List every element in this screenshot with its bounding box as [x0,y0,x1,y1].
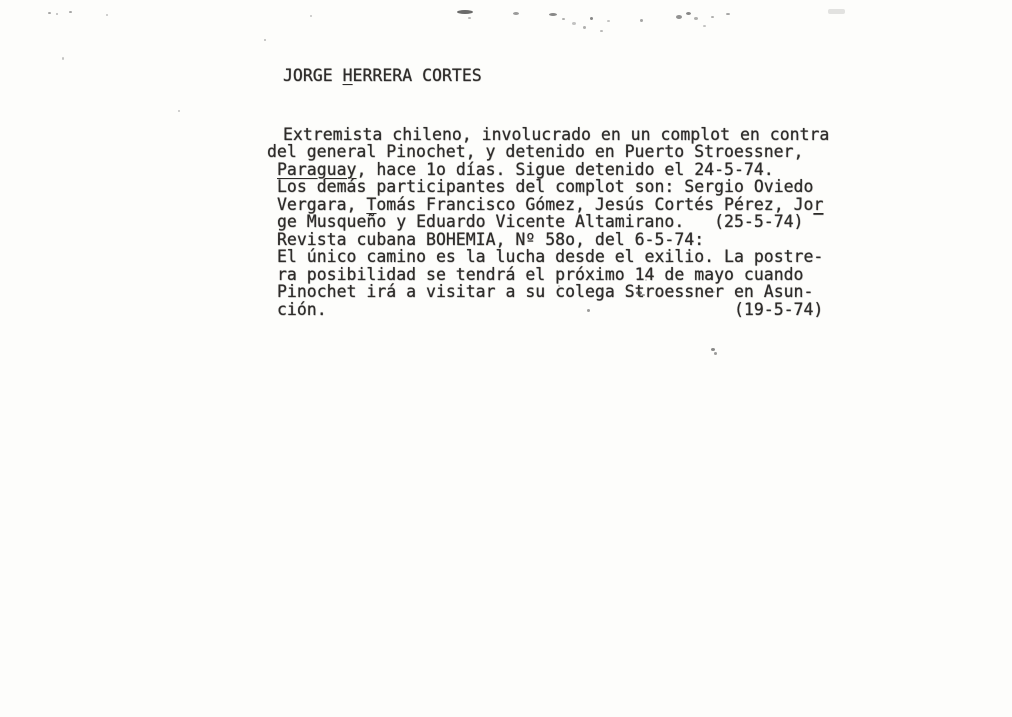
scan-speck [645,279,647,281]
scan-speck [642,294,645,296]
scan-speck [726,13,730,15]
text-segment: , hace 1o días. Sigue detenido el 24-5-7… [356,160,773,179]
text-segment: del general Pinochet, y detenido en Puer… [267,142,803,161]
underlined-text: Paraguay [277,160,356,179]
scan-speck [640,19,643,22]
document-body: Extremista chileno, involucrado en un co… [277,126,829,319]
scan-speck [828,9,845,14]
scan-speck [713,291,715,293]
scan-speck [513,12,519,15]
typewritten-line: Revista cubana BOHEMIA, Nº 58o, del 6-5-… [277,231,829,249]
text-segment: JORGE [283,66,343,85]
underlined-text: H [343,66,353,85]
scan-speck [714,352,717,355]
scan-speck [48,12,51,14]
typewritten-line: ge Musqueño y Eduardo Vicente Altamirano… [277,213,829,231]
scan-speck [607,20,610,22]
scan-speck [56,13,58,15]
scan-speck [583,26,586,29]
text-segment: Vergara, [277,195,366,214]
typewritten-line: Los demás participantes del complot son:… [277,178,829,196]
text-segment: Los demás participantes del complot son:… [277,177,813,196]
text-segment: ERRERA CORTES [353,66,482,85]
scan-speck [748,303,751,305]
scan-speck [686,12,691,15]
text-segment: Extremista chileno, involucrado en un co… [283,125,829,144]
document-title: JORGE HERRERA CORTES [283,67,829,85]
typewritten-line: ra posibilidad se tendrá el próximo 14 d… [277,266,829,284]
typewritten-line: Vergara, Tomás Francisco Gómez, Jesús Co… [277,196,829,214]
text-segment: omás Francisco Gómez, Jesús Cortés Pérez… [376,195,813,214]
typewritten-line: El único camino es la lucha desde el exi… [277,248,829,266]
scan-speck [69,11,72,13]
scan-speck [711,348,715,351]
scan-speck [62,57,64,60]
text-segment: Revista cubana BOHEMIA, Nº 58o, del 6-5-… [277,230,704,249]
scan-speck [711,16,714,18]
text-segment: El único camino es la lucha desde el exi… [277,247,823,266]
text-segment: ra posibilidad se tendrá el próximo 14 d… [277,265,804,284]
scan-speck [572,22,576,25]
scan-speck [562,18,565,20]
underlined-text: T [366,195,376,214]
text-segment: ción. (19-5-74) [277,300,823,319]
scan-speck [587,309,590,312]
text-segment: Pinochet irá a visitar a su colega Stroe… [277,282,813,301]
scanned-document-page: JORGE HERRERA CORTES Extremista chileno,… [0,0,1012,717]
scan-speck [457,10,473,14]
scan-speck [549,13,557,16]
typewritten-text-block: JORGE HERRERA CORTES Extremista chileno,… [277,32,829,353]
scan-speck [178,110,180,112]
typewritten-line: Paraguay, hace 1o días. Sigue detenido e… [277,161,829,179]
typewritten-line: ción. (19-5-74) [277,301,829,319]
typewritten-line: Extremista chileno, involucrado en un co… [283,126,829,144]
typewritten-line: Pinochet irá a visitar a su colega Stroe… [277,283,829,301]
scan-speck [558,285,560,287]
underlined-text: r [813,195,823,214]
scan-speck [676,15,682,19]
typewritten-line: del general Pinochet, y detenido en Puer… [267,143,829,161]
scan-speck [694,17,698,20]
scan-speck [590,17,593,20]
text-segment: ge Musqueño y Eduardo Vicente Altamirano… [277,212,823,231]
scan-speck [468,17,471,19]
scan-speck [106,14,108,16]
scan-speck [600,30,603,32]
scan-speck [703,25,706,27]
scan-speck [690,288,693,290]
scan-speck [310,15,312,17]
scan-speck [264,39,266,41]
